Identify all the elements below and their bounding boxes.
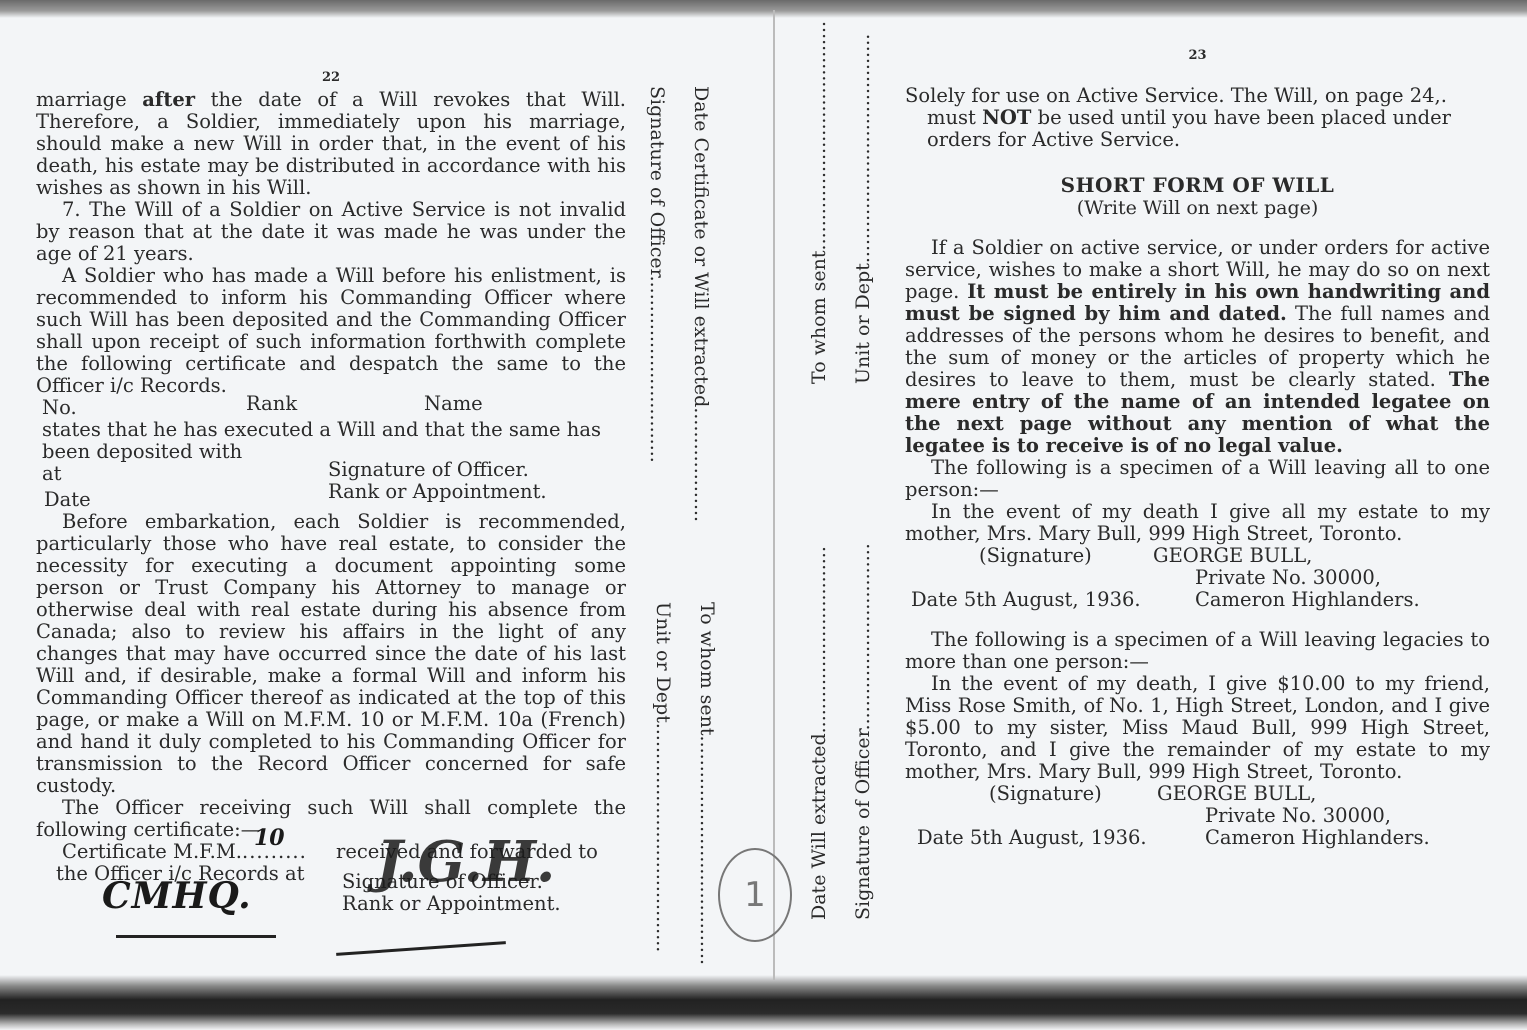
signatory-rank-number: Private No. 30000,: [1195, 567, 1381, 589]
intro-line-1: Solely for use on Active Service. The Wi…: [905, 85, 1490, 107]
circled-number: 1: [744, 875, 766, 915]
signatory-unit: Cameron Highlanders.: [1195, 589, 1420, 611]
specimen-2-text: In the event of my death, I give $10.00 …: [905, 673, 1490, 783]
strip-date-will-extracted: Date Will extracted.....................…: [808, 546, 830, 920]
forwarding-certificate: Certificate M.F.M.......... 10 received …: [36, 841, 626, 961]
scan-bottom-edge: [0, 975, 1527, 1030]
at-label: at: [42, 463, 61, 485]
rank-label: Rank: [246, 393, 297, 415]
intro-text: be used until you have been placed under: [1031, 106, 1451, 129]
strip-signature-of-officer-top: Signature of Officer....................…: [646, 86, 668, 463]
certificate-prefix: Certificate M.F.M.: [62, 840, 242, 863]
name-label: Name: [424, 393, 483, 415]
intro-text: must: [927, 106, 982, 129]
will-date: Date 5th August, 1936.: [911, 589, 1141, 611]
paragraph-7: 7. The Will of a Soldier on Active Servi…: [36, 199, 626, 265]
page-number: 23: [905, 48, 1490, 63]
rank-appointment-label: Rank or Appointment.: [328, 481, 547, 503]
signatory-name: GEORGE BULL,: [1153, 545, 1312, 567]
deposit-certificate-form: No. Rank Name states that he has execute…: [36, 397, 626, 507]
circled-number-mark: 1: [718, 848, 792, 942]
signature-label: (Signature): [989, 783, 1102, 805]
emphasis-word: after: [142, 88, 195, 111]
section-subheading: (Write Will on next page): [905, 197, 1490, 219]
paragraph-embarkation: Before embarkation, each Soldier is reco…: [36, 511, 626, 797]
statement-text: states that he has executed a Will and t…: [42, 419, 612, 463]
paragraph-enlistment: A Soldier who has made a Will before his…: [36, 265, 626, 397]
strip-to-whom-sent-bottom: To whom sent............................…: [696, 602, 718, 965]
handwritten-form-number: 10: [254, 827, 285, 849]
intro-line-2: must NOT be used until you have been pla…: [905, 107, 1490, 129]
page-23: 23 Solely for use on Active Service. The…: [905, 48, 1490, 849]
strip-to-whom-sent-top: To whom sent............................…: [808, 21, 830, 384]
strip-unit-or-dept-top: Unit or Dept............................…: [852, 34, 874, 384]
signature-of-officer-label: Signature of Officer.: [328, 459, 529, 481]
strip-unit-or-dept-bottom: Unit or Dept............................…: [652, 602, 674, 952]
handwritten-underline: [116, 935, 276, 938]
specimen-1-signature: (Signature) GEORGE BULL, Private No. 300…: [905, 545, 1490, 611]
section-heading: SHORT FORM OF WILL: [905, 173, 1490, 197]
specimen-1-intro: The following is a specimen of a Will le…: [905, 457, 1490, 501]
fold-line: [773, 10, 775, 980]
strip-signature-of-officer-bottom: Signature of Officer....................…: [852, 543, 874, 920]
page-22: 22 marriage after the date of a Will rev…: [36, 70, 626, 961]
no-label: No.: [42, 397, 77, 419]
intro-line-3: orders for Active Service.: [905, 129, 1490, 151]
signatory-unit: Cameron Highlanders.: [1205, 827, 1430, 849]
signature-label: (Signature): [979, 545, 1092, 567]
page-number: 22: [36, 70, 626, 85]
paragraph-marriage: marriage after the date of a Will revoke…: [36, 89, 626, 199]
specimen-2-signature: (Signature) GEORGE BULL, Private No. 300…: [905, 783, 1490, 849]
will-date: Date 5th August, 1936.: [917, 827, 1147, 849]
signatory-name: GEORGE BULL,: [1157, 783, 1316, 805]
scan-top-edge: [0, 0, 1527, 18]
handwritten-location: CMHQ.: [102, 885, 252, 907]
specimen-2-intro: The following is a specimen of a Will le…: [905, 629, 1490, 673]
specimen-1-text: In the event of my death I give all my e…: [905, 501, 1490, 545]
handwritten-signature: J.G.H.: [376, 851, 555, 873]
instructions-paragraph: If a Soldier on active service, or under…: [905, 237, 1490, 457]
paragraph-text: marriage after the date of a Will revoke…: [36, 88, 626, 199]
strip-date-certificate-extracted: Date Certificate or Will extracted......…: [690, 86, 712, 522]
rank-appointment-label-2: Rank or Appointment.: [342, 893, 561, 915]
signature-underline: [336, 941, 506, 956]
intro-emphasis: NOT: [982, 106, 1031, 129]
signatory-rank-number: Private No. 30000,: [1205, 805, 1391, 827]
date-label: Date: [44, 489, 91, 511]
